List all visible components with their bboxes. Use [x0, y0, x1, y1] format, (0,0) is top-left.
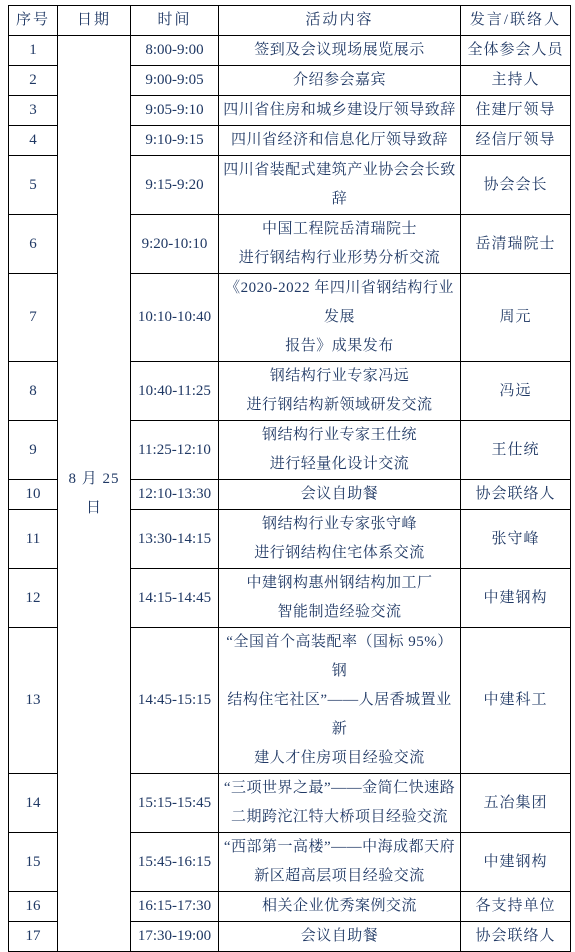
content-cell: 会议自助餐	[219, 480, 461, 510]
seq-cell: 9	[9, 421, 58, 480]
header-seq: 序号	[9, 6, 58, 36]
content-cell: “全国首个高装配率（国标 95%）钢 结构住宅社区”——人居香城置业新 建人才住…	[219, 628, 461, 774]
speaker-cell: 五冶集团	[461, 774, 571, 833]
speaker-cell: 中建科工	[461, 628, 571, 774]
header-time: 时间	[131, 6, 219, 36]
header-date: 日期	[58, 6, 131, 36]
seq-cell: 13	[9, 628, 58, 774]
table-row: 1 8 月 25 日 8:00-9:00 签到及会议现场展览展示 全体参会人员	[9, 36, 571, 66]
content-cell: 钢结构行业专家冯远 进行钢结构新领域研发交流	[219, 362, 461, 421]
date-cell: 8 月 25 日	[58, 36, 131, 952]
time-cell: 16:15-17:30	[131, 892, 219, 922]
speaker-cell: 张守峰	[461, 510, 571, 569]
speaker-cell: 王仕统	[461, 421, 571, 480]
time-cell: 14:45-15:15	[131, 628, 219, 774]
speaker-cell: 冯远	[461, 362, 571, 421]
speaker-cell: 协会会长	[461, 156, 571, 215]
speaker-cell: 各支持单位	[461, 892, 571, 922]
content-cell: 钢结构行业专家王仕统 进行轻量化设计交流	[219, 421, 461, 480]
seq-cell: 5	[9, 156, 58, 215]
time-cell: 11:25-12:10	[131, 421, 219, 480]
speaker-cell: 协会联络人	[461, 922, 571, 952]
content-cell: 钢结构行业专家张守峰 进行钢结构住宅体系交流	[219, 510, 461, 569]
time-cell: 12:10-13:30	[131, 480, 219, 510]
seq-cell: 14	[9, 774, 58, 833]
time-cell: 9:05-9:10	[131, 96, 219, 126]
speaker-cell: 中建钢构	[461, 569, 571, 628]
seq-cell: 12	[9, 569, 58, 628]
content-cell: 签到及会议现场展览展示	[219, 36, 461, 66]
content-cell: 四川省经济和信息化厅领导致辞	[219, 126, 461, 156]
seq-cell: 10	[9, 480, 58, 510]
seq-cell: 3	[9, 96, 58, 126]
content-cell: 中建钢构惠州钢结构加工厂 智能制造经验交流	[219, 569, 461, 628]
speaker-cell: 住建厅领导	[461, 96, 571, 126]
content-cell: 会议自助餐	[219, 922, 461, 952]
seq-cell: 17	[9, 922, 58, 952]
time-cell: 9:15-9:20	[131, 156, 219, 215]
seq-cell: 8	[9, 362, 58, 421]
content-cell: 《2020-2022 年四川省钢结构行业发展 报告》成果发布	[219, 274, 461, 362]
time-cell: 9:10-9:15	[131, 126, 219, 156]
seq-cell: 15	[9, 833, 58, 892]
speaker-cell: 主持人	[461, 66, 571, 96]
speaker-cell: 全体参会人员	[461, 36, 571, 66]
seq-cell: 6	[9, 215, 58, 274]
speaker-cell: 中建钢构	[461, 833, 571, 892]
seq-cell: 4	[9, 126, 58, 156]
time-cell: 17:30-19:00	[131, 922, 219, 952]
content-cell: “三项世界之最”——金简仁快速路 二期跨沱江特大桥项目经验交流	[219, 774, 461, 833]
seq-cell: 7	[9, 274, 58, 362]
seq-cell: 1	[9, 36, 58, 66]
time-cell: 15:45-16:15	[131, 833, 219, 892]
agenda-table: 序号 日期 时间 活动内容 发言/联络人 1 8 月 25 日 8:00-9:0…	[8, 5, 571, 952]
content-cell: 四川省住房和城乡建设厅领导致辞	[219, 96, 461, 126]
seq-cell: 16	[9, 892, 58, 922]
time-cell: 8:00-9:00	[131, 36, 219, 66]
speaker-cell: 经信厅领导	[461, 126, 571, 156]
seq-cell: 2	[9, 66, 58, 96]
header-row: 序号 日期 时间 活动内容 发言/联络人	[9, 6, 571, 36]
content-cell: 介绍参会嘉宾	[219, 66, 461, 96]
header-content: 活动内容	[219, 6, 461, 36]
time-cell: 15:15-15:45	[131, 774, 219, 833]
speaker-cell: 岳清瑞院士	[461, 215, 571, 274]
speaker-cell: 协会联络人	[461, 480, 571, 510]
time-cell: 10:40-11:25	[131, 362, 219, 421]
content-cell: 四川省装配式建筑产业协会会长致辞	[219, 156, 461, 215]
seq-cell: 11	[9, 510, 58, 569]
content-cell: “西部第一高楼”——中海成都天府 新区超高层项目经验交流	[219, 833, 461, 892]
time-cell: 13:30-14:15	[131, 510, 219, 569]
time-cell: 14:15-14:45	[131, 569, 219, 628]
content-cell: 中国工程院岳清瑞院士 进行钢结构行业形势分析交流	[219, 215, 461, 274]
content-cell: 相关企业优秀案例交流	[219, 892, 461, 922]
time-cell: 9:00-9:05	[131, 66, 219, 96]
document-page: 序号 日期 时间 活动内容 发言/联络人 1 8 月 25 日 8:00-9:0…	[0, 0, 575, 822]
time-cell: 9:20-10:10	[131, 215, 219, 274]
time-cell: 10:10-10:40	[131, 274, 219, 362]
header-speaker: 发言/联络人	[461, 6, 571, 36]
speaker-cell: 周元	[461, 274, 571, 362]
